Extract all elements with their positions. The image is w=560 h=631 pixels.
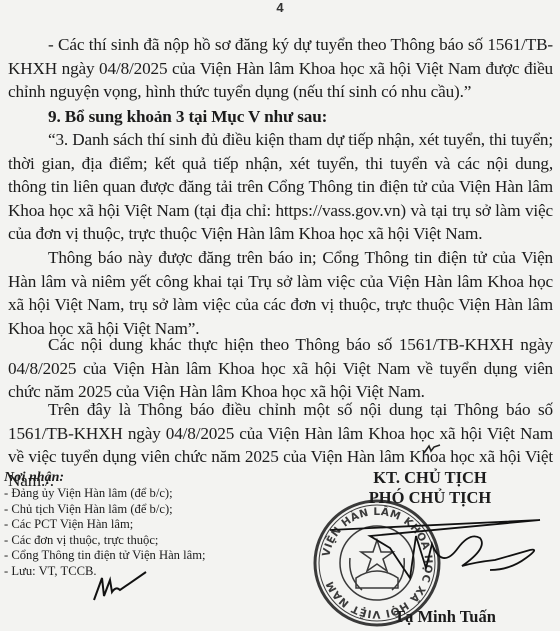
section-9-heading: 9. Bổ sung khoản 3 tại Mục V như sau:: [8, 105, 553, 129]
recipient-item: - Đảng ủy Viện Hàn lâm (để b/c);: [4, 486, 274, 502]
handwritten-signature-icon: [330, 518, 555, 598]
initial-signature-icon: [90, 568, 150, 604]
signer-name: Tạ Minh Tuấn: [370, 607, 520, 627]
page-number: 4: [0, 0, 560, 16]
signature-block: KT. CHỦ TỊCH PHÓ CHỦ TỊCH: [300, 468, 560, 508]
signature-title-line2: PHÓ CHỦ TỊCH: [300, 488, 560, 508]
initial-mark-icon: [423, 443, 441, 455]
recipient-item: - Chủ tịch Viện Hàn lâm (để b/c);: [4, 502, 274, 518]
recipient-item: - Cổng Thông tin điện tử Viện Hàn lâm;: [4, 548, 274, 564]
recipient-item: - Các PCT Viện Hàn lâm;: [4, 517, 274, 533]
paragraph-publication-note: Thông báo này được đăng trên báo in; Cổn…: [8, 246, 553, 340]
signature-title-line1: KT. CHỦ TỊCH: [300, 468, 560, 488]
paragraph-other-content: Các nội dung khác thực hiện theo Thông b…: [8, 333, 553, 404]
recipients-title: Nơi nhận:: [4, 469, 274, 486]
recipients-block: Nơi nhận: - Đảng ủy Viện Hàn lâm (để b/c…: [4, 469, 274, 580]
recipient-item: - Các đơn vị thuộc, trực thuộc;: [4, 533, 274, 549]
paragraph-candidates-note: - Các thí sinh đã nộp hồ sơ đăng ký dự t…: [8, 33, 553, 104]
paragraph-clause-3: “3. Danh sách thí sinh đủ điều kiện tham…: [8, 128, 553, 246]
